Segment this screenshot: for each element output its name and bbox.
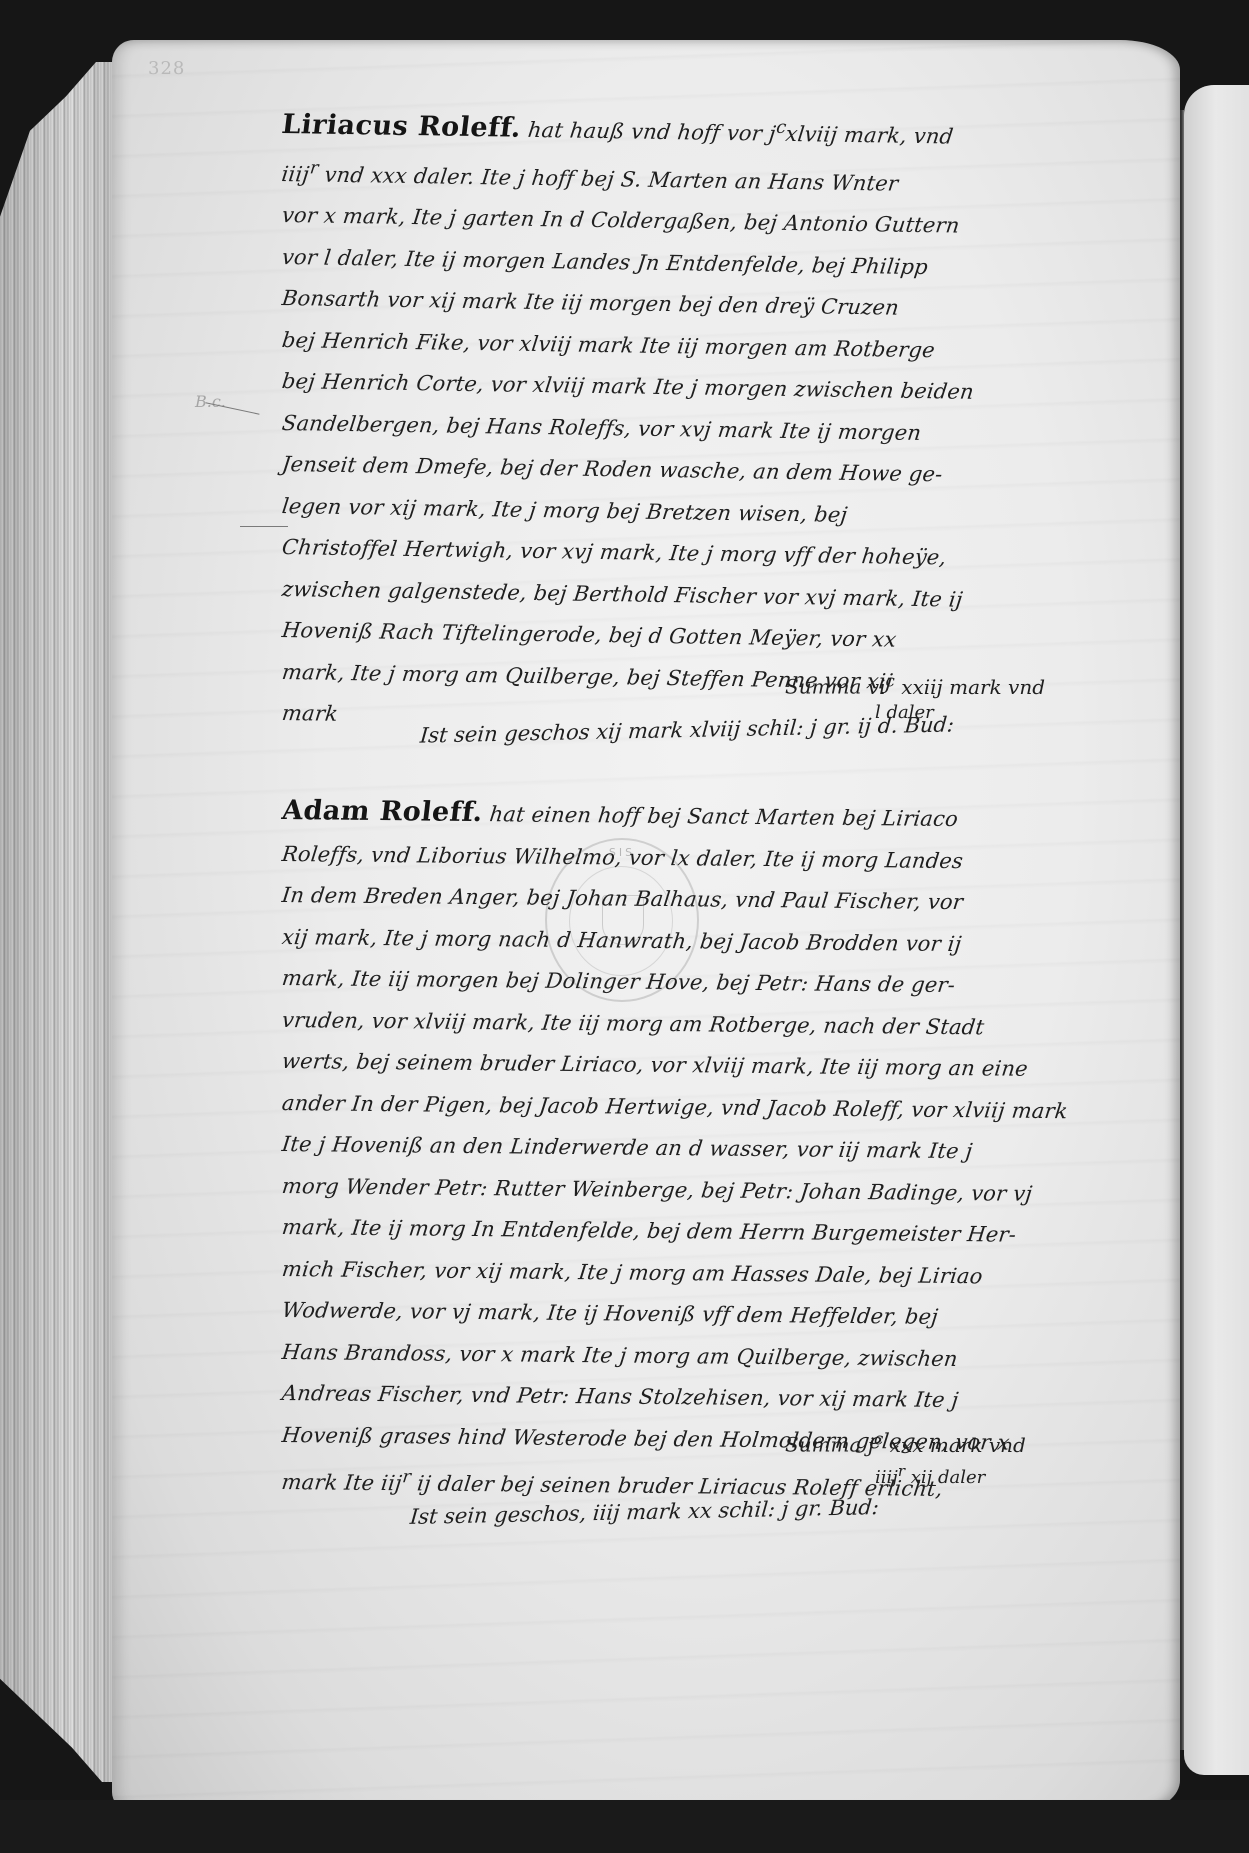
margin-note: B.c. [195,392,226,411]
summa-amount-2: iiijr xij daler [785,1458,1026,1491]
entry-text: hat hauß vnd hoff vor jcxlviij mark, vnd [527,118,955,149]
folio-number: 328 [148,58,185,79]
entry-liriacus-roleff: Liriacus Roleff. hat hauß vnd hoff vor j… [282,100,1112,735]
entry-text: hat einen hoff bej Sanct Marten bej Liri… [488,802,959,831]
entry-adam-roleff: Adam Roleff. hat einen hoff bej Sanct Ma… [282,790,1112,1504]
summa-amount: jc xxx mark vnd [868,1433,1026,1457]
entry-name: Adam Roleff. [280,795,484,828]
page-edges-stack [0,62,120,1782]
entry-name: Liriacus Roleff. [280,109,523,144]
facing-page [1184,85,1249,1775]
summa-total: Summa jc xxx mark vnd iiijr xij daler [785,1426,1026,1491]
summa-label: Summa [785,675,861,699]
summa-amount: vic xxiij mark vnd [868,675,1045,699]
photo-floor [0,1800,1249,1853]
summa-label: Summa [785,1433,861,1457]
